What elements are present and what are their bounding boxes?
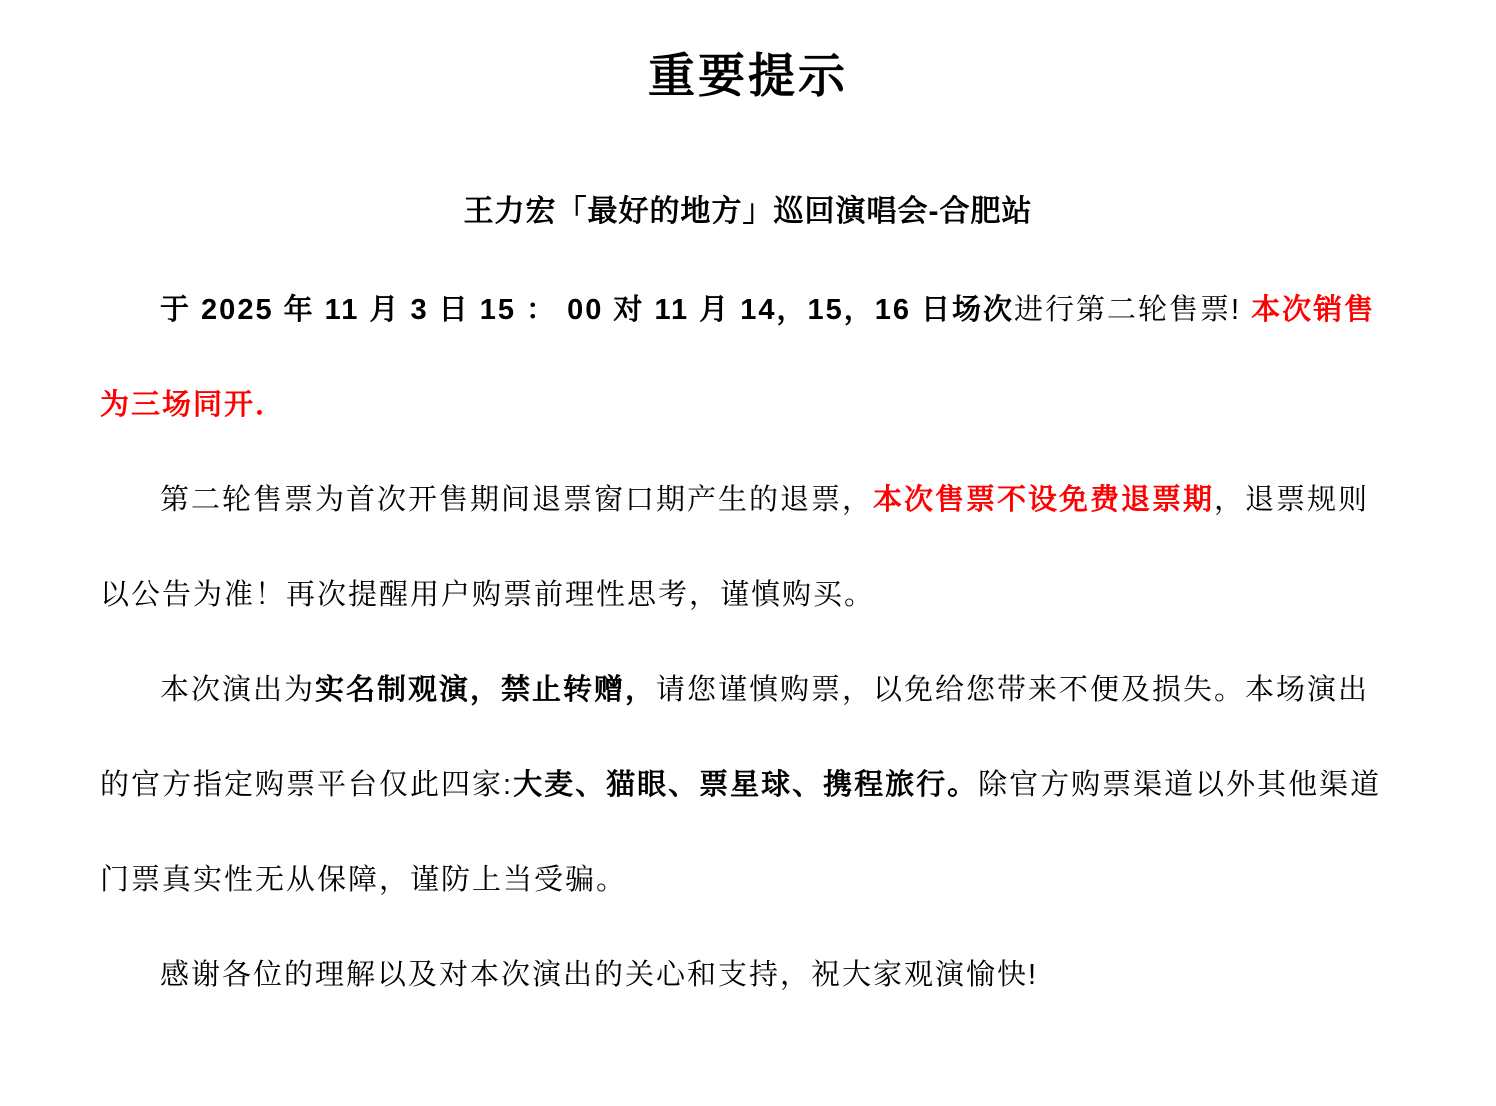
paragraph: 本次演出为实名制观演，禁止转赠，请您谨慎购票，以免给您带来不便及损失。本场演出的… xyxy=(100,643,1400,928)
page-title: 重要提示 xyxy=(0,48,1496,104)
text-run: 实名制观演，禁止转赠， xyxy=(315,674,656,706)
text-run: 进行第二轮售票! xyxy=(1014,294,1251,326)
notice-page: 重要提示 王力宏「最好的地方」巡回演唱会-合肥站 于 2025 年 11 月 3… xyxy=(0,0,1496,1106)
paragraph: 第二轮售票为首次开售期间退票窗口期产生的退票，本次售票不设免费退票期，退票规则以… xyxy=(100,453,1400,643)
text-run: 感谢各位的理解以及对本次演出的关心和支持，祝大家观演愉快! xyxy=(160,959,1038,991)
text-run: 于 2025 年 11 月 3 日 15 ： 00 对 11 月 14，15，1… xyxy=(160,294,1014,326)
paragraph: 感谢各位的理解以及对本次演出的关心和支持，祝大家观演愉快! xyxy=(100,928,1400,1023)
paragraph: 于 2025 年 11 月 3 日 15 ： 00 对 11 月 14，15，1… xyxy=(100,263,1400,453)
text-run: 本次演出为 xyxy=(160,674,315,706)
text-run: 第二轮售票为首次开售期间退票窗口期产生的退票， xyxy=(160,484,873,516)
text-run: 本次售票不设免费退票期 xyxy=(873,484,1214,516)
text-run: 大麦、猫眼、票星球、携程旅行。 xyxy=(513,769,978,801)
event-subtitle: 王力宏「最好的地方」巡回演唱会-合肥站 xyxy=(0,194,1496,230)
notice-body: 于 2025 年 11 月 3 日 15 ： 00 对 11 月 14，15，1… xyxy=(100,263,1400,1023)
